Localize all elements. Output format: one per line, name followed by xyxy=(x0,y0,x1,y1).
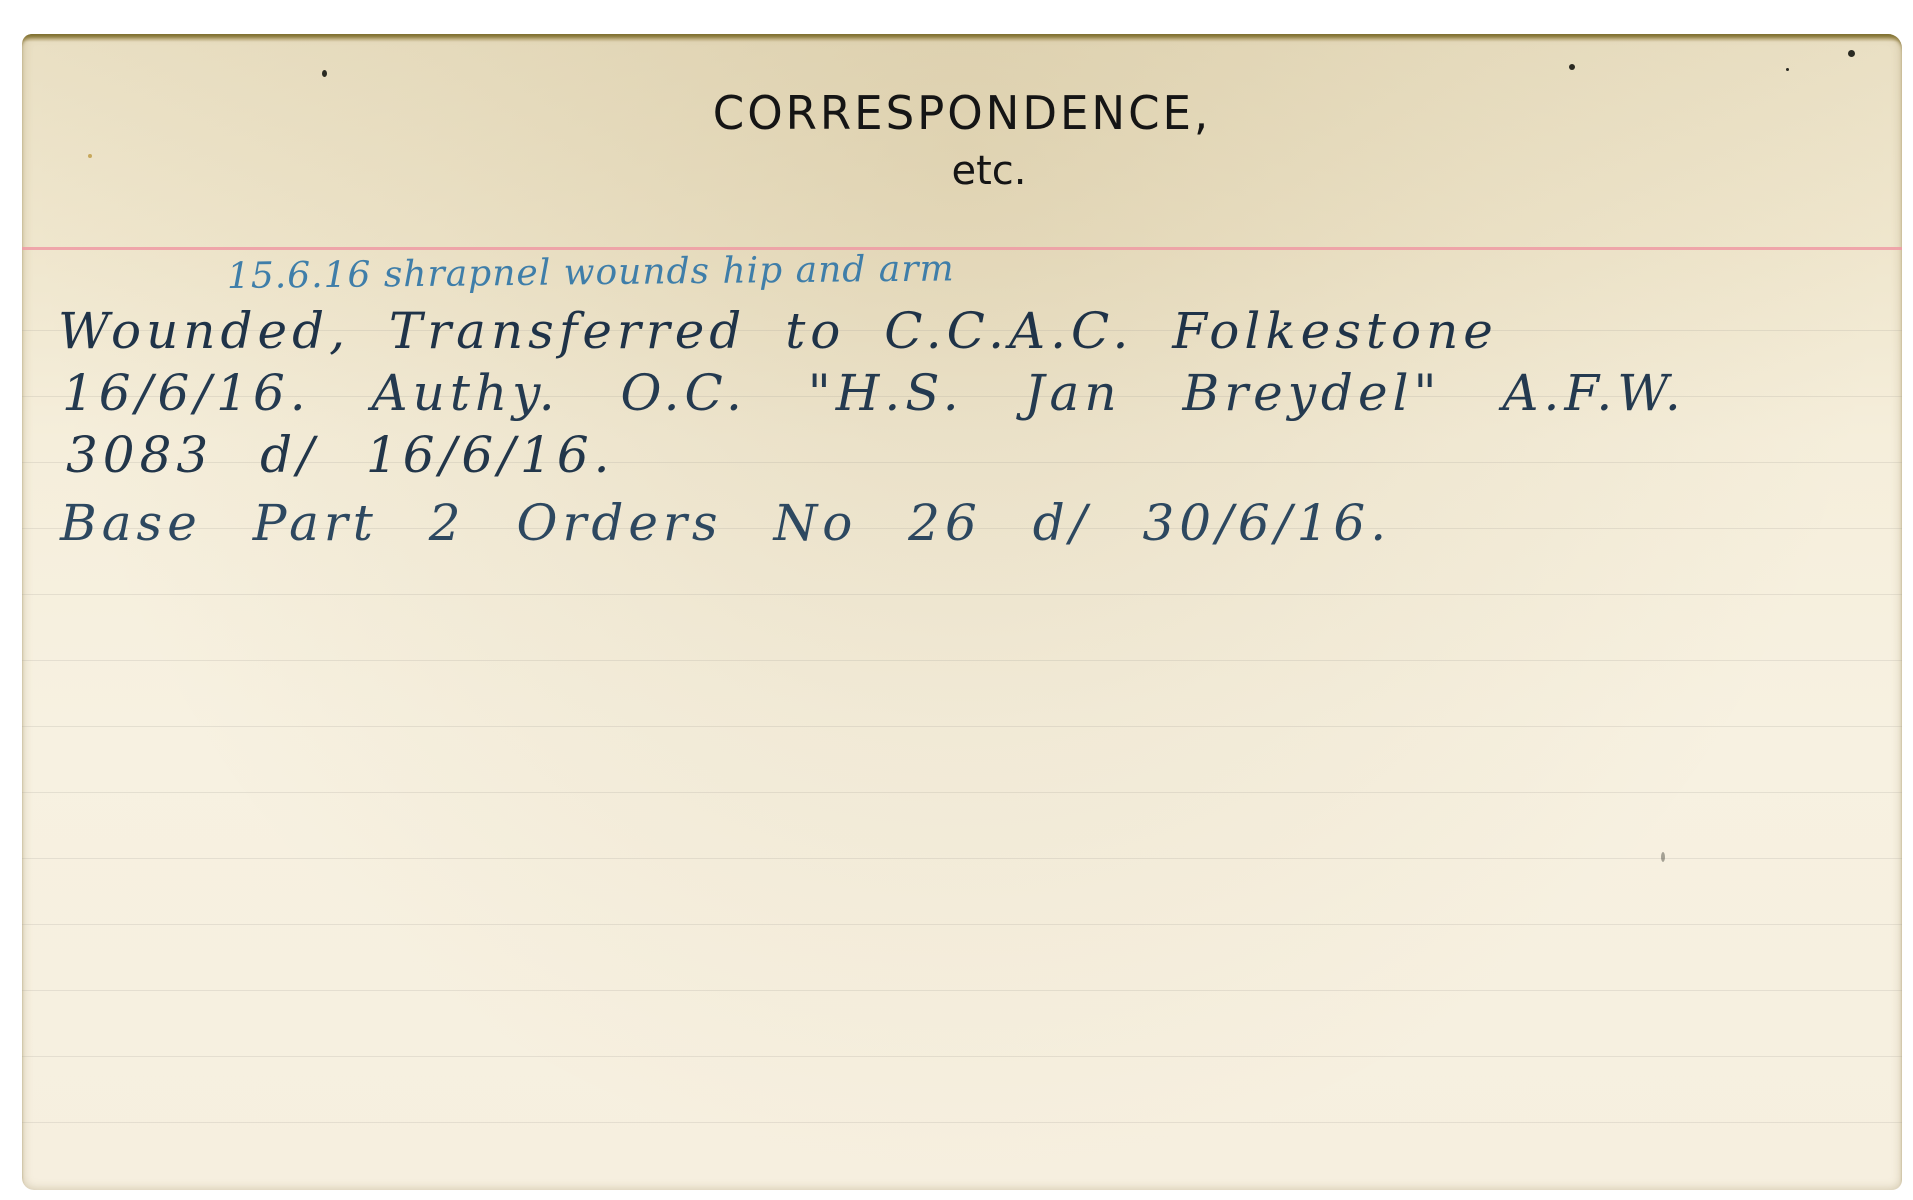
handwritten-line-2: 16/6/16. Authy. O.C. "H.S. Jan Breydel" … xyxy=(62,364,1686,422)
paper-speck xyxy=(88,154,92,158)
ruled-line xyxy=(22,990,1902,991)
printed-heading: CORRESPONDENCE, xyxy=(41,86,1883,140)
ruled-line xyxy=(22,594,1902,595)
paper-speck xyxy=(1848,50,1855,57)
handwritten-line-4: Base Part 2 Orders No 26 d/ 30/6/16. xyxy=(60,494,1391,552)
printed-subheading: etc. xyxy=(22,148,1902,194)
record-card: CORRESPONDENCE, etc. 15.6.16 shrapnel wo… xyxy=(22,34,1902,1190)
handwritten-line-1: Wounded, Transferred to C.C.A.C. Folkest… xyxy=(58,302,1498,360)
paper-speck xyxy=(1661,852,1665,862)
scanned-document: CORRESPONDENCE, etc. 15.6.16 shrapnel wo… xyxy=(0,0,1913,1200)
paper-speck xyxy=(1786,68,1789,71)
ruled-line xyxy=(22,858,1902,859)
ruled-line xyxy=(22,792,1902,793)
red-header-rule xyxy=(22,247,1902,250)
ruled-line xyxy=(22,660,1902,661)
paper-speck xyxy=(322,70,327,77)
paper-speck xyxy=(1569,64,1575,70)
ruled-line xyxy=(22,924,1902,925)
blue-ink-annotation: 15.6.16 shrapnel wounds hip and arm xyxy=(227,248,955,297)
ruled-line xyxy=(22,1056,1902,1057)
ruled-line xyxy=(22,726,1902,727)
handwritten-line-3: 3083 d/ 16/6/16. xyxy=(66,426,615,484)
ruled-line xyxy=(22,1122,1902,1123)
